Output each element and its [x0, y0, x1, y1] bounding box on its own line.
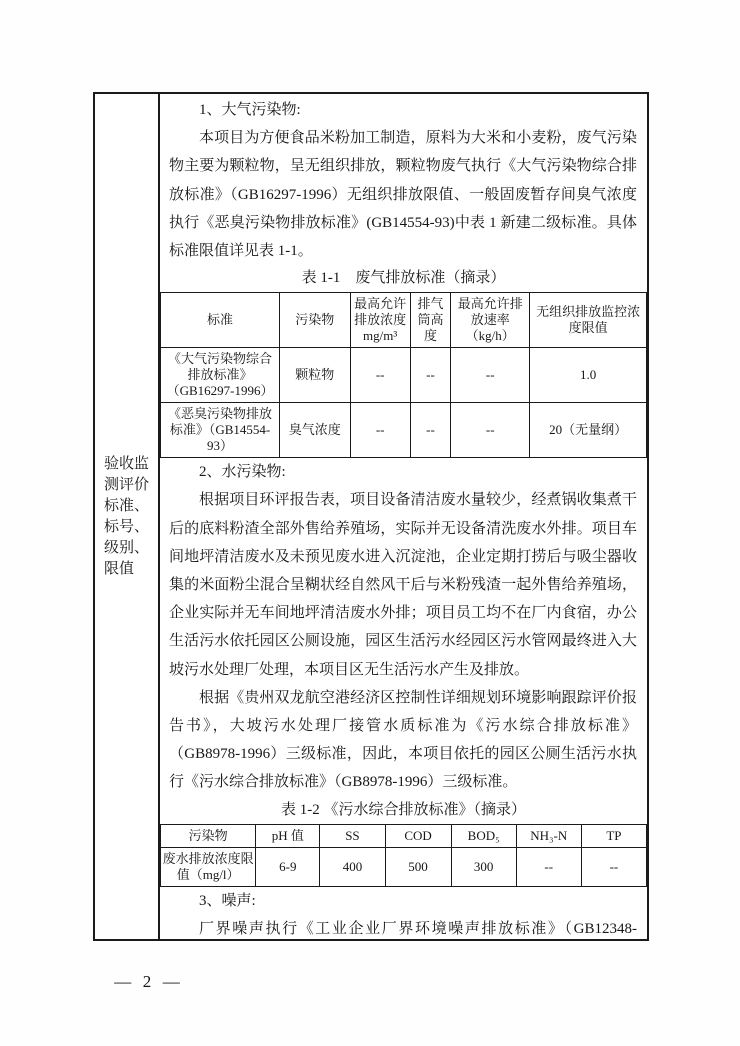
table-header-row: 污染物 pH 值 SS COD BOD₅ NH₃-N TP [161, 824, 647, 847]
table-header-row: 标准 污染物 最高允许排放浓度mg/m³ 排气筒高度 最高允许排放速率（kg/h… [161, 293, 647, 348]
column-header: COD [385, 824, 451, 847]
column-header: 污染物 [161, 824, 256, 847]
sidebar-label: 验收监测评价标准、标号、级别、限值 [104, 454, 149, 580]
wastewater-standards-table: 污染物 pH 值 SS COD BOD₅ NH₃-N TP 废水排放浓度限值（m… [160, 824, 647, 887]
column-header: 无组织排放监控浓度限值 [530, 293, 647, 348]
noise-paragraph: 厂界噪声执行《工业企业厂界环境噪声排放标准》（GB12348- [160, 915, 647, 939]
table-cell: -- [350, 348, 410, 403]
table-row: 废水排放浓度限值（mg/l） 6-9 400 500 300 -- -- [161, 847, 647, 886]
table-cell: 《大气污染物综合排放标准》（GB16297-1996） [161, 348, 280, 403]
table-cell: 6-9 [256, 847, 320, 886]
column-header: TP [581, 824, 646, 847]
column-header: 最高允许排放速率（kg/h） [451, 293, 530, 348]
column-header: 排气筒高度 [410, 293, 450, 348]
table-cell: -- [581, 847, 646, 886]
table-cell: 1.0 [530, 348, 647, 403]
emission-standards-table: 标准 污染物 最高允许排放浓度mg/m³ 排气筒高度 最高允许排放速率（kg/h… [160, 292, 647, 458]
table-cell: -- [451, 403, 530, 458]
table-cell: 300 [451, 847, 516, 886]
page-number: — 2 — [100, 972, 195, 992]
noise-section-heading: 3、噪声: [160, 887, 647, 915]
column-header: 标准 [161, 293, 280, 348]
water-paragraph-1: 根据项目环评报告表，项目设备清洁废水量较少，经煮锅收集煮干后的底料粉渣全部外售给… [160, 486, 647, 683]
table-cell: 臭气浓度 [280, 403, 350, 458]
table-cell: -- [516, 847, 581, 886]
table-cell: -- [451, 348, 530, 403]
water-section-heading: 2、水污染物: [160, 458, 647, 486]
air-section-heading: 1、大气污染物: [160, 96, 647, 124]
table-cell: 《恶臭污染物排放标准》（GB14554-93） [161, 403, 280, 458]
table-cell: 500 [385, 847, 451, 886]
sidebar-label-cell: 验收监测评价标准、标号、级别、限值 [95, 94, 160, 939]
table-cell: 颗粒物 [280, 348, 350, 403]
water-paragraph-2: 根据《贵州双龙航空港经济区控制性详细规划环境影响跟踪评价报告书》，大坡污水处理厂… [160, 684, 647, 797]
table-1-1-title: 表 1-1 废气排放标准（摘录） [160, 265, 647, 292]
column-header: 最高允许排放浓度mg/m³ [350, 293, 410, 348]
table-row: 《恶臭污染物排放标准》（GB14554-93） 臭气浓度 -- -- -- 20… [161, 403, 647, 458]
table-row: 《大气污染物综合排放标准》（GB16297-1996） 颗粒物 -- -- --… [161, 348, 647, 403]
column-header: 污染物 [280, 293, 350, 348]
table-1-2-title: 表 1-2 《污水综合排放标准》（摘录） [160, 797, 647, 824]
column-header: BOD₅ [451, 824, 516, 847]
table-cell: -- [410, 403, 450, 458]
table-cell: -- [410, 348, 450, 403]
air-paragraph: 本项目为方便食品米粉加工制造，原料为大米和小麦粉，废气污染物主要为颗粒物，呈无组… [160, 124, 647, 265]
table-cell: 400 [320, 847, 385, 886]
table-cell: -- [350, 403, 410, 458]
column-header: SS [320, 824, 385, 847]
table-cell: 20（无量纲） [530, 403, 647, 458]
column-header: NH₃-N [516, 824, 581, 847]
column-header: pH 值 [256, 824, 320, 847]
standards-outer-table: 验收监测评价标准、标号、级别、限值 1、大气污染物: 本项目为方便食品米粉加工制… [93, 92, 649, 941]
table-cell: 废水排放浓度限值（mg/l） [161, 847, 256, 886]
content-area: 1、大气污染物: 本项目为方便食品米粉加工制造，原料为大米和小麦粉，废气污染物主… [160, 94, 647, 939]
